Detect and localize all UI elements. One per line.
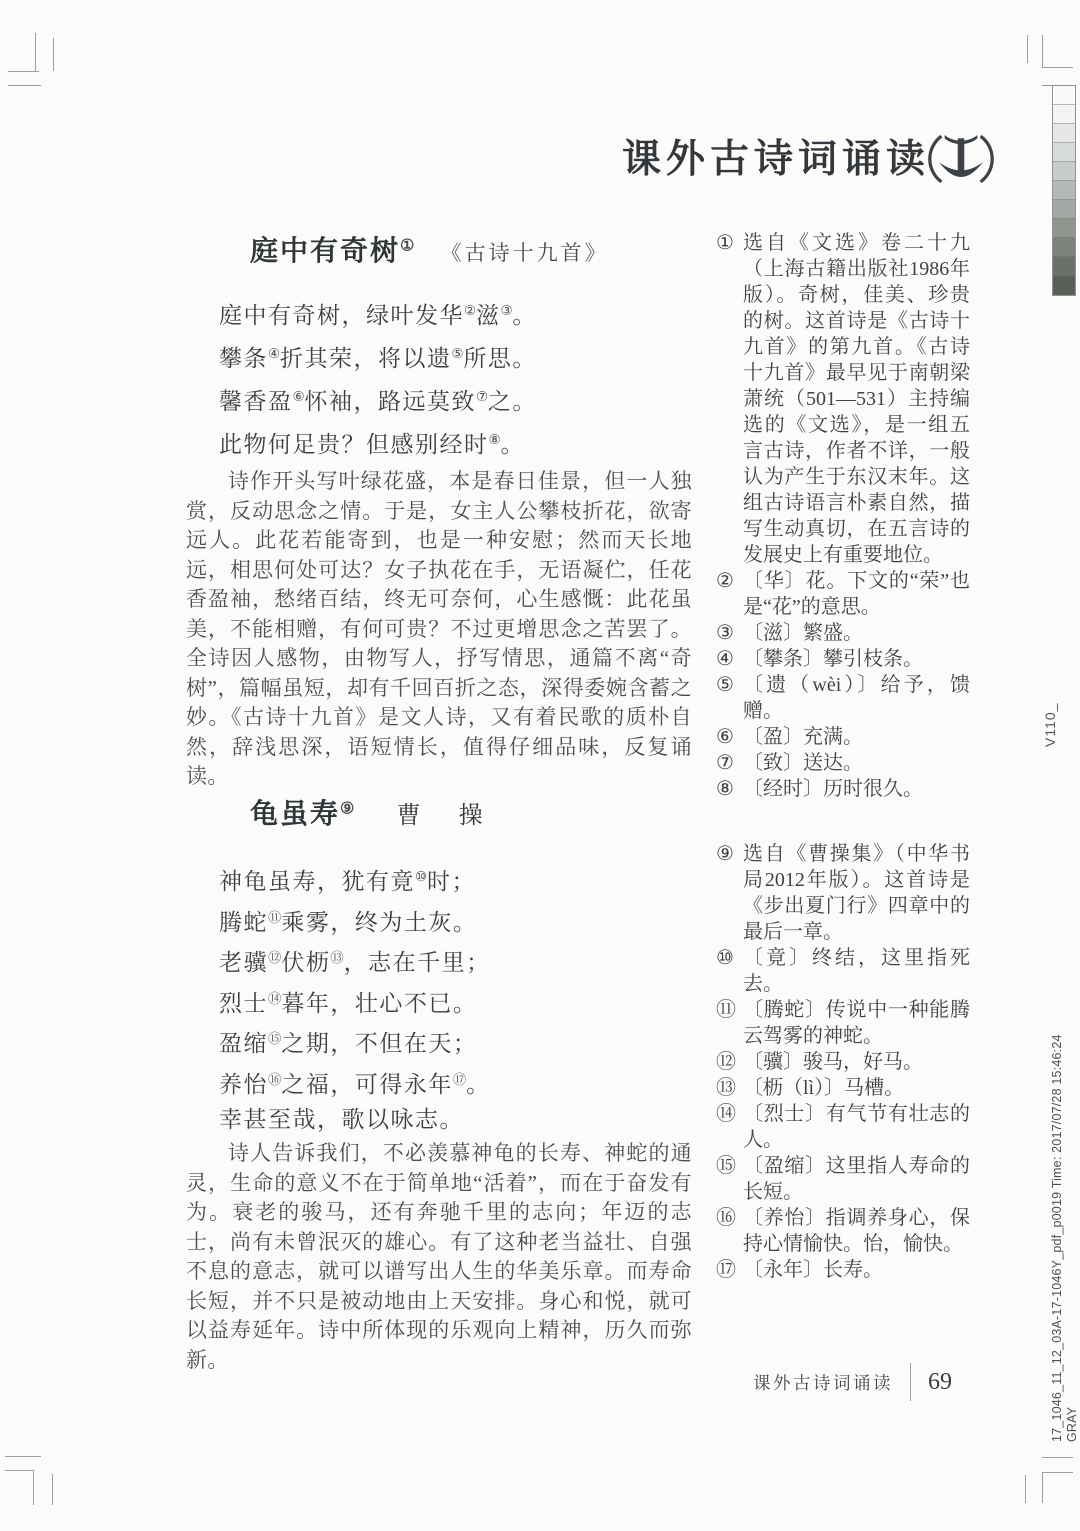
note-text: 〔盈〕充满。 [743, 726, 863, 748]
note-text: 〔永年〕长寿。 [743, 1259, 883, 1281]
note-number: ④ [716, 646, 742, 672]
crop-mark [1042, 1457, 1073, 1458]
grayscale-cell [1053, 162, 1075, 181]
note-text: 〔竟〕终结，这里指死去。 [743, 947, 970, 995]
note-text: 〔遗（wèi）〕给予，馈赠。 [743, 674, 970, 722]
grayscale-strip-tick [1042, 85, 1052, 86]
note-number: ⑮ [716, 1153, 742, 1179]
note-text: 选自《曹操集》（中华书局2012年版）。这首诗是《步出夏门行》四章中的最后一章。 [743, 843, 970, 943]
poem-line: 幸甚至哉，歌以咏志。 [219, 1102, 491, 1138]
poem-line: 馨香盈⑥怀袖，路远莫致⑦之。 [219, 378, 537, 421]
crop-mark [5, 1456, 41, 1457]
footer-divider [910, 1363, 911, 1401]
note-text: 〔华〕花。下文的“荣”也是“花”的意思。 [743, 570, 970, 618]
note-item: ⑩〔竟〕终结，这里指死去。 [716, 945, 970, 997]
crop-mark [1042, 1472, 1043, 1503]
note-item: ⑧〔经时〕历时很久。 [716, 776, 970, 802]
note-item: ⑯〔养怡〕指调养身心，保持心情愉快。怡，愉快。 [716, 1205, 970, 1257]
crop-mark [1042, 1472, 1073, 1473]
note-item: ③〔滋〕繁盛。 [716, 620, 970, 646]
poem-line: 庭中有奇树，绿叶发华②滋③。 [219, 292, 537, 335]
crop-mark [5, 1470, 34, 1471]
notes-column: ①选自《文选》卷二十九（上海古籍出版社1986年版）。奇树，佳美、珍贵的树。这首… [716, 230, 970, 1283]
page-number: 69 [928, 1369, 952, 1396]
note-text: 〔致〕送达。 [743, 752, 863, 774]
poem1-title-row: 庭中有奇树①《古诗十九首》 [250, 229, 609, 269]
poem1-title: 庭中有奇树① [250, 236, 415, 267]
note-number: ② [716, 568, 742, 594]
note-number: ⑬ [716, 1075, 742, 1101]
poem1-source: 《古诗十九首》 [441, 241, 609, 265]
note-item: ⑤〔遗（wèi）〕给予，馈赠。 [716, 672, 970, 724]
note-number: ⑨ [716, 841, 742, 867]
crop-mark [53, 38, 54, 71]
note-item: ⑪〔腾蛇〕传说中一种能腾云驾雾的神蛇。 [716, 997, 970, 1049]
poem-line: 老骥⑫伏枥⑬，志在千里； [219, 940, 491, 981]
grayscale-cell [1053, 105, 1075, 124]
note-item: ①选自《文选》卷二十九（上海古籍出版社1986年版）。奇树，佳美、珍贵的树。这首… [716, 230, 970, 568]
note-item: ⑮〔盈缩〕这里指人寿命的长短。 [716, 1153, 970, 1205]
note-number: ① [716, 230, 742, 256]
version-code: V110_ [1042, 703, 1058, 747]
note-number: ⑪ [716, 997, 742, 1023]
grayscale-cell [1053, 257, 1075, 276]
note-number: ③ [716, 620, 742, 646]
notes-group-poem1: ①选自《文选》卷二十九（上海古籍出版社1986年版）。奇树，佳美、珍贵的树。这首… [716, 230, 970, 802]
print-slug-gray-label: GRAY [1065, 1034, 1080, 1442]
crop-mark [52, 1474, 53, 1505]
page-header: 课外古诗词诵读 [0, 128, 930, 184]
grayscale-cell [1053, 86, 1075, 105]
note-number: ⑩ [716, 945, 742, 971]
note-number: ⑰ [716, 1257, 742, 1283]
crop-mark [1042, 35, 1043, 68]
note-item: ⑥〔盈〕充满。 [716, 724, 970, 750]
note-item: ⑦〔致〕送达。 [716, 750, 970, 776]
page-title: 课外古诗词诵读 [622, 138, 930, 181]
crop-mark [8, 71, 39, 72]
note-text: 选自《文选》卷二十九（上海古籍出版社1986年版）。奇树，佳美、珍贵的树。这首诗… [743, 232, 970, 566]
note-text: 〔骥〕骏马，好马。 [743, 1051, 923, 1073]
poem2-title-row: 龟虽寿⑨曹 操 [250, 792, 490, 832]
note-text: 〔滋〕繁盛。 [743, 622, 863, 644]
textbook-page: 课外古诗词诵读 庭中有奇树①《古诗十九首》 庭中有奇树，绿叶发华②滋③。攀条④折… [0, 0, 1080, 1531]
note-item: ⑫〔骥〕骏马，好马。 [716, 1049, 970, 1075]
note-item: ④〔攀条〕攀引枝条。 [716, 646, 970, 672]
note-text: 〔养怡〕指调养身心，保持心情愉快。怡，愉快。 [743, 1207, 970, 1255]
crop-mark [1027, 35, 1028, 63]
note-text: 〔攀条〕攀引枝条。 [743, 648, 923, 670]
grayscale-cell [1053, 181, 1075, 200]
note-number: ⑯ [716, 1205, 742, 1231]
notes-group-poem2: ⑨选自《曹操集》（中华书局2012年版）。这首诗是《步出夏门行》四章中的最后一章… [716, 841, 970, 1283]
note-number: ⑥ [716, 724, 742, 750]
poem-line: 攀条④折其荣，将以遗⑤所思。 [219, 335, 537, 378]
poem2-lines: 神龟虽寿，犹有竟⑩时；腾蛇⑪乘雾，终为土灰。老骥⑫伏枥⑬，志在千里；烈士⑭暮年，… [219, 859, 491, 1138]
poem-line: 神龟虽寿，犹有竟⑩时； [219, 859, 491, 900]
note-number: ⑫ [716, 1049, 742, 1075]
grayscale-cell [1053, 124, 1075, 143]
poem-line: 腾蛇⑪乘雾，终为土灰。 [219, 900, 491, 941]
grayscale-cell [1053, 200, 1075, 219]
note-item: ⑨选自《曹操集》（中华书局2012年版）。这首诗是《步出夏门行》四章中的最后一章… [716, 841, 970, 945]
note-item: ⑰〔永年〕长寿。 [716, 1257, 970, 1283]
note-text: 〔腾蛇〕传说中一种能腾云驾雾的神蛇。 [743, 999, 970, 1047]
crop-mark [35, 33, 36, 71]
page-footer: 课外古诗词诵读 69 [0, 1362, 952, 1402]
print-slug-line: 17_1046_11_12_03A-17-1046Y_pdf_p0019 Tim… [1050, 1034, 1065, 1442]
note-number: ⑦ [716, 750, 742, 776]
grayscale-cell [1053, 276, 1075, 295]
poem-line: 盈缩⑮之期，不但在天； [219, 1021, 491, 1062]
poem2-author: 曹 操 [397, 803, 490, 829]
note-item: ⑬〔枥（lì）〕马槽。 [716, 1075, 970, 1101]
poem1-commentary: 诗作开头写叶绿花盛，本是春日佳景，但一人独赏，反动思念之情。于是，女主人公攀枝折… [186, 467, 692, 792]
footer-section-label: 课外古诗词诵读 [753, 1370, 893, 1395]
crop-mark [33, 1470, 34, 1505]
anchor-badge-icon [924, 122, 998, 196]
note-item: ⑭〔烈士〕有气节有壮志的人。 [716, 1101, 970, 1153]
note-text: 〔枥（lì）〕马槽。 [743, 1077, 904, 1099]
grayscale-cell [1053, 219, 1075, 238]
poem2-commentary: 诗人告诉我们，不必羡慕神龟的长寿、神蛇的通灵，生命的意义不在于简单地“活着”，而… [186, 1139, 692, 1375]
poem-line: 此物何足贵？但感别经时⑧。 [219, 421, 537, 464]
grayscale-cell [1053, 143, 1075, 162]
poem2-title: 龟虽寿⑨ [250, 799, 355, 830]
print-slug: 17_1046_11_12_03A-17-1046Y_pdf_p0019 Tim… [1050, 1034, 1080, 1442]
crop-mark [1042, 67, 1073, 68]
note-text: 〔经时〕历时很久。 [743, 778, 923, 800]
crop-mark [1025, 1475, 1026, 1503]
note-number: ⑭ [716, 1101, 742, 1127]
poem-line: 烈士⑭暮年，壮心不已。 [219, 981, 491, 1022]
note-number: ⑤ [716, 672, 742, 698]
note-text: 〔烈士〕有气节有壮志的人。 [743, 1103, 970, 1151]
note-item: ②〔华〕花。下文的“荣”也是“花”的意思。 [716, 568, 970, 620]
note-text: 〔盈缩〕这里指人寿命的长短。 [743, 1155, 970, 1203]
poem-line: 养怡⑯之福，可得永年⑰。 [219, 1062, 491, 1103]
note-number: ⑧ [716, 776, 742, 802]
crop-mark [8, 85, 41, 86]
poem1-lines: 庭中有奇树，绿叶发华②滋③。攀条④折其荣，将以遗⑤所思。馨香盈⑥怀袖，路远莫致⑦… [219, 292, 537, 464]
grayscale-strip [1052, 85, 1076, 296]
grayscale-cell [1053, 238, 1075, 257]
